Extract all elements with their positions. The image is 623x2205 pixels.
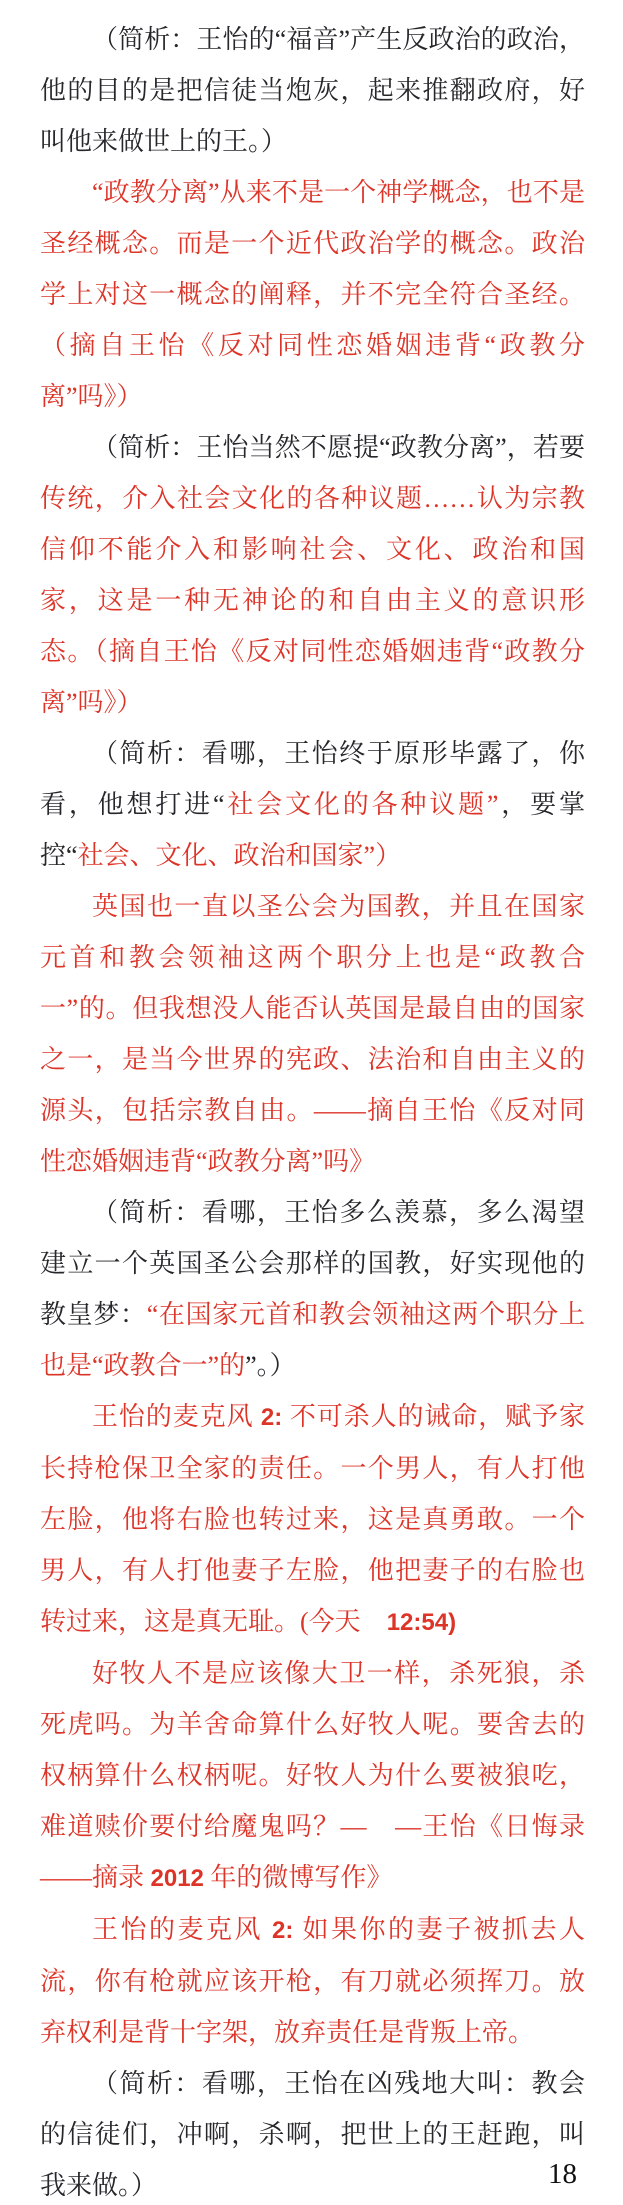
text-run: 12:54) [387,1609,456,1636]
paragraph: （简析：看哪，王怡多么羡慕，多么渴望建立一个英国圣公会那样的国教，好实现他的教皇… [40,1187,585,1391]
text-run: （简析：看哪，王怡在凶残地大叫：教会的信徒们，冲啊，杀啊，把世上的王赶跑，叫我来… [40,2069,585,2200]
document-page: （简析：王怡的“福音”产生反政治的政治，他的目的是把信徒当炮灰，起来推翻政府，好… [0,0,623,2205]
paragraph: （简析：王怡的“福音”产生反政治的政治，他的目的是把信徒当炮灰，起来推翻政府，好… [40,14,585,167]
text-run: 2: [272,1917,303,1944]
text-run: (今天 [300,1607,387,1636]
text-run: 好牧人不是应该像大卫一样，杀死狼，杀死虎吗。为羊舍命算什么好牧人呢。要舍去的权柄… [40,1659,585,1892]
text-run: 社会、文化、政治和国家”） [78,841,402,870]
paragraph: （简析：王怡当然不愿提“政教分离”，若要传统，介入社会文化的各种议题……认为宗教… [40,422,585,728]
text-run: 不可杀人的诫命，赋予家长持枪保卫全家的责任。一个男人，有人打他左脸，他将右脸也转… [40,1402,585,1636]
text-run: 王怡的麦克风 [92,1402,261,1431]
text-run: 2012 [151,1865,204,1892]
paragraph: 王怡的麦克风 2: 如果你的妻子被抓去人流，你有枪就应该开枪，有刀就必须挥刀。放… [40,1904,585,2058]
text-run: （简析：王怡当然不愿提“政教分离”，若要 [92,433,585,462]
document-body: （简析：王怡的“福音”产生反政治的政治，他的目的是把信徒当炮灰，起来推翻政府，好… [40,14,585,2205]
text-run: 社会文化的各种议题” [225,790,499,819]
paragraph: “政教分离”从来不是一个神学概念，也不是圣经概念。而是一个近代政治学的概念。政治… [40,167,585,422]
text-run: 王怡的麦克风 [92,1915,272,1944]
text-run: 2: [261,1404,290,1431]
paragraph: （简析：看哪，王怡在凶残地大叫：教会的信徒们，冲啊，杀啊，把世上的王赶跑，叫我来… [40,2058,585,2205]
text-run: 年的微博写作》 [204,1863,393,1892]
text-run: “政教分离”从来不是一个神学概念，也不是圣经概念。而是一个近代政治学的概念。政治… [40,178,585,411]
paragraph: （简析：看哪，王怡终于原形毕露了，你看，他想打进“社会文化的各种议题”，要掌控“… [40,728,585,881]
text-run: （简析：王怡的“福音”产生反政治的政治，他的目的是把信徒当炮灰，起来推翻政府，好… [40,25,585,156]
paragraph: 好牧人不是应该像大卫一样，杀死狼，杀死虎吗。为羊舍命算什么好牧人呢。要舍去的权柄… [40,1648,585,1904]
page-number: 18 [548,2157,577,2191]
paragraph: 英国也一直以圣公会为国教，并且在国家元首和教会领袖这两个职分上也是“政教合一”的… [40,881,585,1187]
text-run: 英国也一直以圣公会为国教，并且在国家元首和教会领袖这两个职分上也是“政教合一”的… [40,892,585,1176]
paragraph: 王怡的麦克风 2: 不可杀人的诫命，赋予家长持枪保卫全家的责任。一个男人，有人打… [40,1391,585,1648]
text-run: 传统，介入社会文化的各种议题……认为宗教信仰不能介入和影响社会、文化、政治和国家… [40,484,585,717]
text-run: ”。） [245,1351,296,1380]
